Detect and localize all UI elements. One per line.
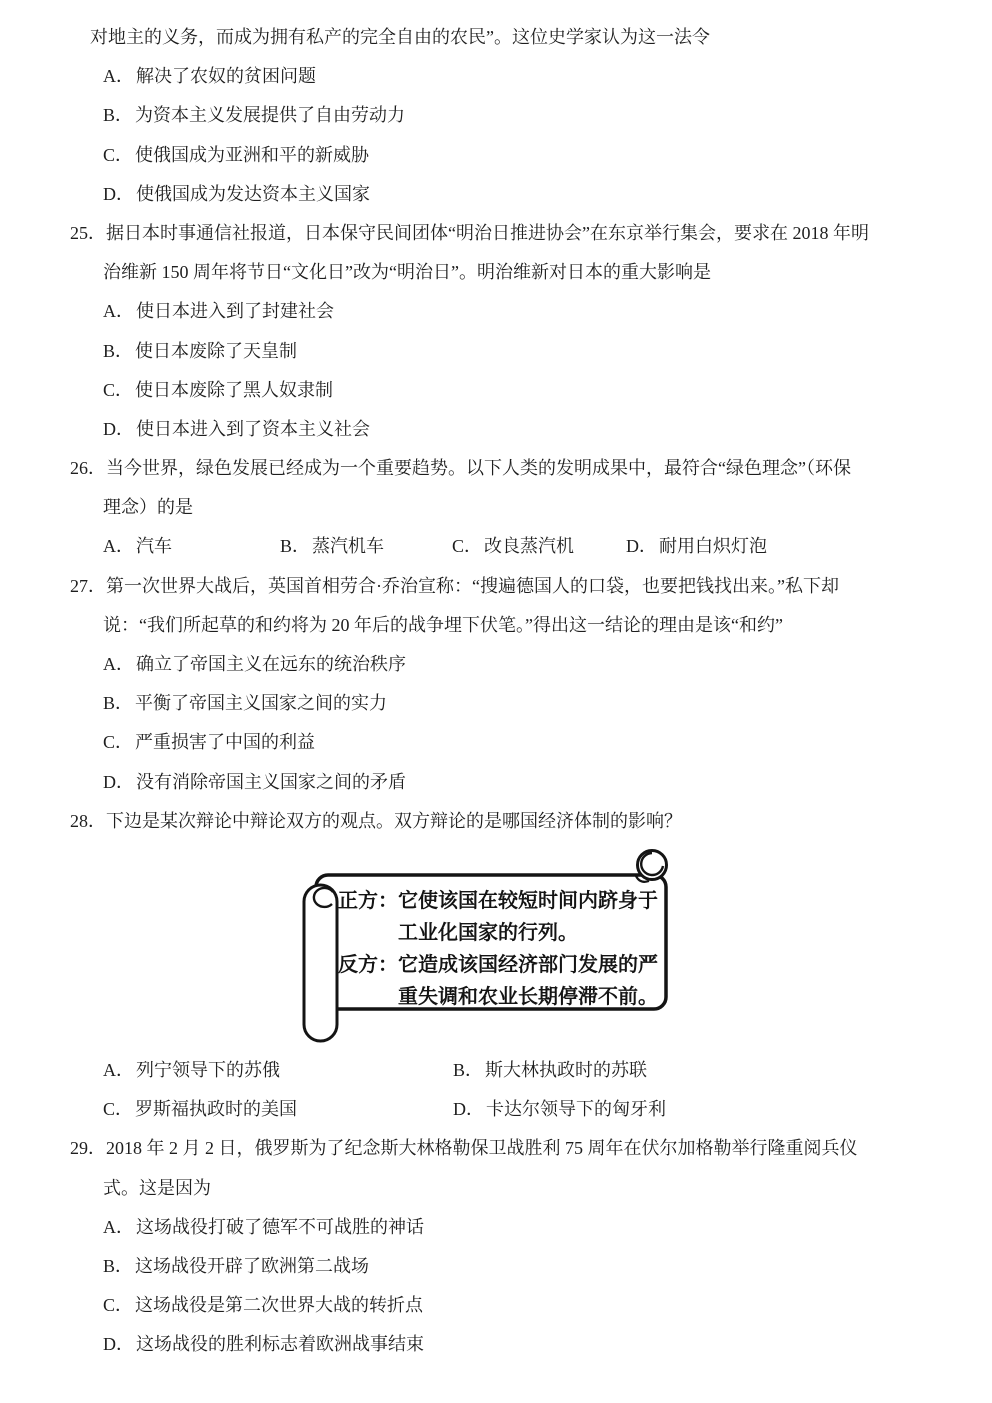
option-text: 这场战役的胜利标志着欧洲战事结束 bbox=[136, 1334, 424, 1354]
option-text: 耐用白炽灯泡 bbox=[659, 536, 767, 556]
option-row: B．为资本主义发展提供了自由劳动力 bbox=[70, 96, 936, 135]
question-stem-cont: 式。这是因为 bbox=[70, 1169, 936, 1208]
option-text: 汽车 bbox=[136, 536, 172, 556]
option-text: 使日本废除了天皇制 bbox=[135, 341, 297, 361]
option-text: 使日本进入到了资本主义社会 bbox=[136, 419, 370, 439]
option-label: D． bbox=[626, 536, 657, 556]
option: D．耐用白炽灯泡 bbox=[626, 527, 767, 566]
option-text: 平衡了帝国主义国家之间的实力 bbox=[135, 693, 387, 713]
option-row: A．解决了农奴的贫困问题 bbox=[70, 57, 936, 96]
option-label: C． bbox=[103, 732, 133, 752]
option-label: A． bbox=[103, 66, 134, 86]
option-text: 这场战役开辟了欧洲第二战场 bbox=[135, 1256, 369, 1276]
option-row: D．使日本进入到了资本主义社会 bbox=[70, 410, 936, 449]
scroll-text: 正方：它使该国在较短时间内跻身于 工业化国家的行列。 反方：它造成该国经济部门发… bbox=[338, 885, 668, 1013]
scroll-text-line: 工业化国家的行列。 bbox=[338, 917, 668, 949]
debate-scroll-figure: 正方：它使该国在较短时间内跻身于 工业化国家的行列。 反方：它造成该国经济部门发… bbox=[292, 845, 674, 1043]
option-row: D．没有消除帝国主义国家之间的矛盾 bbox=[70, 763, 936, 802]
option-row: B．使日本废除了天皇制 bbox=[70, 332, 936, 371]
option-label: D． bbox=[103, 1334, 134, 1354]
option-label: C． bbox=[103, 1099, 133, 1119]
option-text: 使日本进入到了封建社会 bbox=[136, 301, 334, 321]
option-row: D．这场战役的胜利标志着欧洲战事结束 bbox=[70, 1325, 936, 1364]
question-stem: 27．第一次世界大战后，英国首相劳合·乔治宣称：“搜遍德国人的口袋，也要把钱找出… bbox=[70, 567, 936, 606]
question-25: 25．据日本时事通信社报道，日本保守民间团体“明治日推进协会”在东京举行集会，要… bbox=[70, 214, 936, 449]
option-label: A． bbox=[103, 654, 134, 674]
option-text: 确立了帝国主义在远东的统治秩序 bbox=[136, 654, 406, 674]
option-label: B． bbox=[103, 105, 133, 125]
option-row: A．这场战役打破了德军不可战胜的神话 bbox=[70, 1208, 936, 1247]
option-text: 罗斯福执政时的美国 bbox=[135, 1099, 297, 1119]
question-stem: 对地主的义务，而成为拥有私产的完全自由的农民”。这位史学家认为这一法令 bbox=[70, 18, 936, 57]
option: B．蒸汽机车 bbox=[280, 527, 452, 566]
stem-text: 下边是某次辩论中辩论双方的观点。双方辩论的是哪国经济体制的影响？ bbox=[106, 811, 682, 831]
option-text: 使俄国成为发达资本主义国家 bbox=[136, 184, 370, 204]
option-text: 为资本主义发展提供了自由劳动力 bbox=[135, 105, 405, 125]
option-row: C．这场战役是第二次世界大战的转折点 bbox=[70, 1286, 936, 1325]
stem-text: 2018 年 2 月 2 日，俄罗斯为了纪念斯大林格勒保卫战胜利 75 周年在伏… bbox=[106, 1138, 858, 1158]
stem-text: 据日本时事通信社报道，日本保守民间团体“明治日推进协会”在东京举行集会，要求在 … bbox=[106, 223, 869, 243]
option: D．卡达尔领导下的匈牙利 bbox=[453, 1090, 666, 1129]
stem-text: 当今世界，绿色发展已经成为一个重要趋势。以下人类的发明成果中，最符合“绿色理念”… bbox=[106, 458, 851, 478]
option-row: C．使日本废除了黑人奴隶制 bbox=[70, 371, 936, 410]
question-number: 29． bbox=[70, 1129, 106, 1168]
option-text: 解决了农奴的贫困问题 bbox=[136, 66, 316, 86]
option-label: B． bbox=[453, 1060, 483, 1080]
scroll-text-line: 反方：它造成该国经济部门发展的严 bbox=[338, 949, 668, 981]
option-row: A．确立了帝国主义在远东的统治秩序 bbox=[70, 645, 936, 684]
stem-text: 第一次世界大战后，英国首相劳合·乔治宣称：“搜遍德国人的口袋，也要把钱找出来。”… bbox=[106, 576, 839, 596]
option-text: 使日本废除了黑人奴隶制 bbox=[135, 380, 333, 400]
stem-text: 理念）的是 bbox=[103, 497, 193, 517]
option-text: 使俄国成为亚洲和平的新威胁 bbox=[135, 145, 369, 165]
option-label: B． bbox=[103, 1256, 133, 1276]
option-label: D． bbox=[103, 184, 134, 204]
option-row: C．严重损害了中国的利益 bbox=[70, 723, 936, 762]
question-28: 28．下边是某次辩论中辩论双方的观点。双方辩论的是哪国经济体制的影响？ 正方：它… bbox=[70, 802, 936, 1130]
option-label: C． bbox=[103, 1295, 133, 1315]
option-label: A． bbox=[103, 301, 134, 321]
question-stem-cont: 理念）的是 bbox=[70, 488, 936, 527]
question-stem: 29．2018 年 2 月 2 日，俄罗斯为了纪念斯大林格勒保卫战胜利 75 周… bbox=[70, 1129, 936, 1168]
question-stem: 26．当今世界，绿色发展已经成为一个重要趋势。以下人类的发明成果中，最符合“绿色… bbox=[70, 449, 936, 488]
option-label: C． bbox=[103, 380, 133, 400]
option: B．斯大林执政时的苏联 bbox=[453, 1051, 647, 1090]
option: A．汽车 bbox=[103, 527, 280, 566]
question-number: 27． bbox=[70, 567, 106, 606]
stem-text: 说：“我们所起草的和约将为 20 年后的战争埋下伏笔。”得出这一结论的理由是该“… bbox=[103, 615, 783, 635]
option-text: 列宁领导下的苏俄 bbox=[136, 1060, 280, 1080]
option-label: D． bbox=[103, 772, 134, 792]
question-stem-cont: 说：“我们所起草的和约将为 20 年后的战争埋下伏笔。”得出这一结论的理由是该“… bbox=[70, 606, 936, 645]
option-row: D．使俄国成为发达资本主义国家 bbox=[70, 175, 936, 214]
question-stem-cont: 治维新 150 周年将节日“文化日”改为“明治日”。明治维新对日本的重大影响是 bbox=[70, 253, 936, 292]
exam-page: 对地主的义务，而成为拥有私产的完全自由的农民”。这位史学家认为这一法令 A．解决… bbox=[0, 0, 992, 1364]
scroll-left-roll bbox=[304, 885, 337, 1041]
option-row-inline: A．汽车B．蒸汽机车C．改良蒸汽机D．耐用白炽灯泡 bbox=[70, 527, 936, 566]
option-text: 改良蒸汽机 bbox=[484, 536, 574, 556]
option-text: 蒸汽机车 bbox=[312, 536, 384, 556]
option-row: A．使日本进入到了封建社会 bbox=[70, 292, 936, 331]
scroll-text-line: 重失调和农业长期停滞不前。 bbox=[338, 981, 668, 1013]
option-row: B．这场战役开辟了欧洲第二战场 bbox=[70, 1247, 936, 1286]
question-number: 26． bbox=[70, 449, 106, 488]
option-row: B．平衡了帝国主义国家之间的实力 bbox=[70, 684, 936, 723]
option-label: A． bbox=[103, 1060, 134, 1080]
option-label: D． bbox=[453, 1099, 484, 1119]
option-text: 这场战役打破了德军不可战胜的神话 bbox=[136, 1217, 424, 1237]
question-24-partial: 对地主的义务，而成为拥有私产的完全自由的农民”。这位史学家认为这一法令 A．解决… bbox=[70, 18, 936, 214]
option: A．列宁领导下的苏俄 bbox=[103, 1051, 453, 1090]
question-stem: 28．下边是某次辩论中辩论双方的观点。双方辩论的是哪国经济体制的影响？ bbox=[70, 802, 936, 841]
question-stem: 25．据日本时事通信社报道，日本保守民间团体“明治日推进协会”在东京举行集会，要… bbox=[70, 214, 936, 253]
question-number: 25． bbox=[70, 214, 106, 253]
option: C．罗斯福执政时的美国 bbox=[103, 1090, 453, 1129]
option-text: 这场战役是第二次世界大战的转折点 bbox=[135, 1295, 423, 1315]
option-text: 斯大林执政时的苏联 bbox=[485, 1060, 647, 1080]
option-text: 卡达尔领导下的匈牙利 bbox=[486, 1099, 666, 1119]
option-label: B． bbox=[103, 693, 133, 713]
option-label: C． bbox=[452, 536, 482, 556]
stem-text: 式。这是因为 bbox=[103, 1178, 211, 1198]
option-row-inline: C．罗斯福执政时的美国D．卡达尔领导下的匈牙利 bbox=[70, 1090, 936, 1129]
question-29: 29．2018 年 2 月 2 日，俄罗斯为了纪念斯大林格勒保卫战胜利 75 周… bbox=[70, 1129, 936, 1364]
question-26: 26．当今世界，绿色发展已经成为一个重要趋势。以下人类的发明成果中，最符合“绿色… bbox=[70, 449, 936, 567]
option-label: B． bbox=[280, 536, 310, 556]
option-row: C．使俄国成为亚洲和平的新威胁 bbox=[70, 136, 936, 175]
option-label: D． bbox=[103, 419, 134, 439]
question-number: 28． bbox=[70, 802, 106, 841]
stem-text: 对地主的义务，而成为拥有私产的完全自由的农民”。这位史学家认为这一法令 bbox=[70, 27, 710, 47]
option-row-inline: A．列宁领导下的苏俄B．斯大林执政时的苏联 bbox=[70, 1051, 936, 1090]
option-text: 严重损害了中国的利益 bbox=[135, 732, 315, 752]
option: C．改良蒸汽机 bbox=[452, 527, 626, 566]
stem-text: 治维新 150 周年将节日“文化日”改为“明治日”。明治维新对日本的重大影响是 bbox=[103, 262, 711, 282]
option-label: B． bbox=[103, 341, 133, 361]
option-label: A． bbox=[103, 1217, 134, 1237]
option-label: A． bbox=[103, 536, 134, 556]
question-27: 27．第一次世界大战后，英国首相劳合·乔治宣称：“搜遍德国人的口袋，也要把钱找出… bbox=[70, 567, 936, 802]
option-label: C． bbox=[103, 145, 133, 165]
option-text: 没有消除帝国主义国家之间的矛盾 bbox=[136, 772, 406, 792]
scroll-text-line: 正方：它使该国在较短时间内跻身于 bbox=[338, 885, 668, 917]
